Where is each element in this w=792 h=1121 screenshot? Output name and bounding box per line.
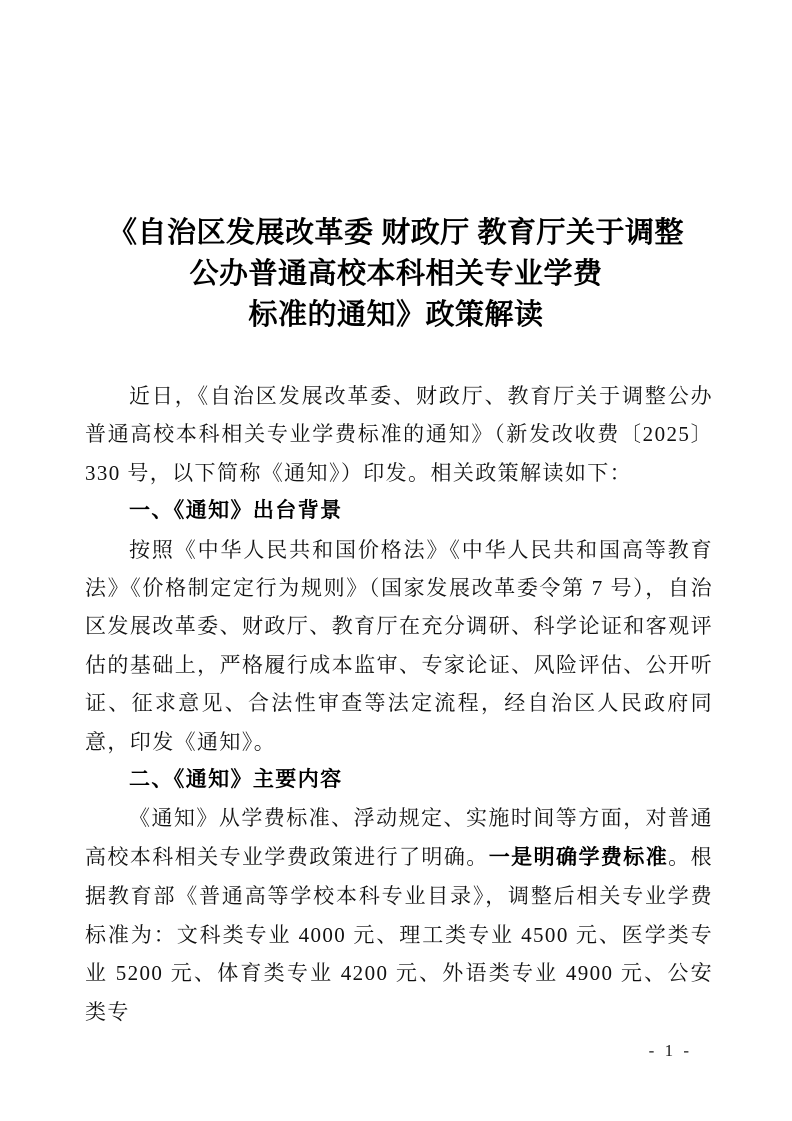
paragraph-background: 按照《中华人民共和国价格法》《中华人民共和国高等教育法》《价格制定定行为规则》（… (85, 531, 713, 761)
paragraph-main-content: 《通知》从学费标准、浮动规定、实施时间等方面，对普通高校本科相关专业学费政策进行… (85, 799, 713, 1030)
paragraph-intro: 近日，《自治区发展改革委、财政厅、教育厅关于调整公办普通高校本科相关专业学费标准… (85, 377, 713, 492)
document-body: 近日，《自治区发展改革委、财政厅、教育厅关于调整公办普通高校本科相关专业学费标准… (85, 377, 713, 1031)
inline-bold-emphasis: 一是明确学费标准 (489, 846, 668, 869)
section-heading-2: 二、《通知》主要内容 (85, 761, 713, 799)
page-number: - 1 - (649, 1041, 692, 1061)
section-heading-1: 一、《通知》出台背景 (85, 492, 713, 530)
title-line-2: 公办普通高校本科相关专业学费 (0, 254, 792, 295)
title-line-1: 《自治区发展改革委 财政厅 教育厅关于调整 (0, 213, 792, 254)
paragraph-main-content-post: 。根据教育部《普通高等学校本科专业目录》，调整后相关专业学费标准为：文科类专业 … (85, 845, 713, 1024)
title-line-3: 标准的通知》政策解读 (0, 295, 792, 336)
document-page: 《自治区发展改革委 财政厅 教育厅关于调整 公办普通高校本科相关专业学费 标准的… (0, 0, 792, 1121)
document-title: 《自治区发展改革委 财政厅 教育厅关于调整 公办普通高校本科相关专业学费 标准的… (0, 213, 792, 336)
